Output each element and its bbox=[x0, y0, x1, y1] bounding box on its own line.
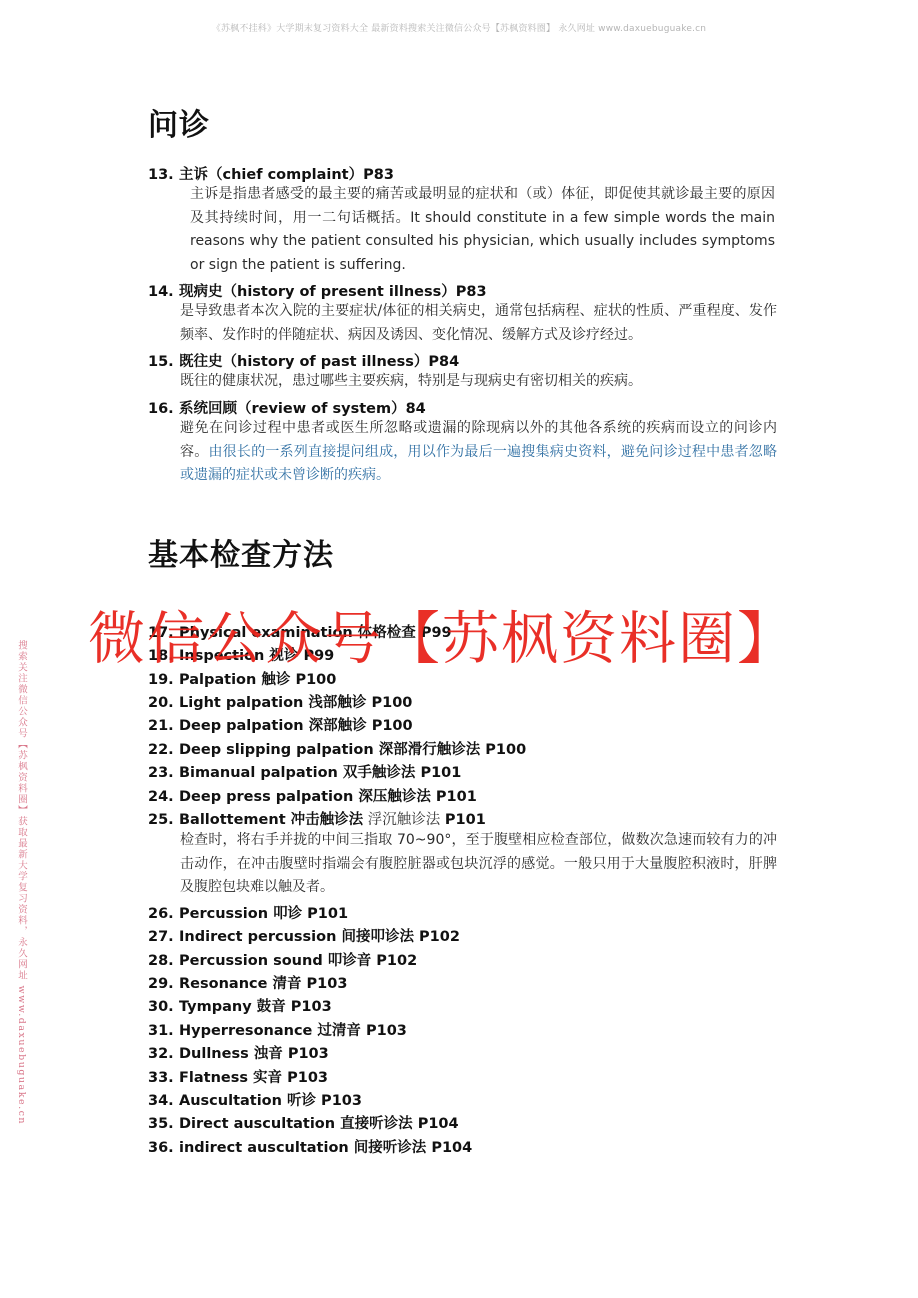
item-number: 28. bbox=[148, 953, 179, 969]
list-item-34: 34.Auscultation 听诊 P103 bbox=[148, 1089, 362, 1110]
item-title-text: Bimanual palpation 双手触诊法 P101 bbox=[179, 765, 461, 781]
item-number: 22. bbox=[148, 742, 179, 758]
item-alt-term: 浮沉触诊法 bbox=[363, 812, 445, 828]
list-item-17: 17.Physical examination 体格检查 P99 bbox=[148, 621, 452, 642]
item-number: 24. bbox=[148, 789, 179, 805]
list-item-24: 24.Deep press palpation 深压触诊法 P101 bbox=[148, 785, 477, 806]
item-title-text: indirect auscultation 间接听诊法 P104 bbox=[179, 1140, 472, 1156]
list-item-35: 35.Direct auscultation 直接听诊法 P104 bbox=[148, 1112, 459, 1133]
item-title-text: Percussion sound 叩诊音 P102 bbox=[179, 953, 417, 969]
list-item-30: 30.Tympany 鼓音 P103 bbox=[148, 995, 332, 1016]
list-item-16-title: 16.系统回顾（review of system）84 bbox=[148, 397, 426, 418]
list-item-18: 18.Inspection 视诊 P99 bbox=[148, 644, 334, 665]
item-title-text: Light palpation 浅部触诊 P100 bbox=[179, 695, 412, 711]
item-title-text: Hyperresonance 过清音 P103 bbox=[179, 1023, 407, 1039]
list-item-15-title: 15.既往史（history of past illness）P84 bbox=[148, 350, 459, 371]
list-item-20: 20.Light palpation 浅部触诊 P100 bbox=[148, 691, 412, 712]
list-item-32: 32.Dullness 浊音 P103 bbox=[148, 1042, 329, 1063]
item-title-text: Indirect percussion 间接叩诊法 P102 bbox=[179, 929, 460, 945]
item-title-text: Flatness 实音 P103 bbox=[179, 1070, 328, 1086]
item-number: 27. bbox=[148, 929, 179, 945]
item-title-text: Auscultation 听诊 P103 bbox=[179, 1093, 362, 1109]
item-title-text: Inspection 视诊 P99 bbox=[179, 648, 334, 664]
item-number: 16. bbox=[148, 401, 179, 417]
item-number: 17. bbox=[148, 625, 179, 641]
item-number: 15. bbox=[148, 354, 179, 370]
list-item-13-title: 13.主诉（chief complaint）P83 bbox=[148, 163, 394, 184]
list-item-29: 29.Resonance 清音 P103 bbox=[148, 972, 347, 993]
list-item-31: 31.Hyperresonance 过清音 P103 bbox=[148, 1019, 407, 1040]
item-title-text: Resonance 清音 P103 bbox=[179, 976, 347, 992]
item-number: 25. bbox=[148, 812, 179, 828]
item-page-ref: P101 bbox=[445, 812, 486, 828]
item-number: 18. bbox=[148, 648, 179, 664]
list-item-21: 21.Deep palpation 深部触诊 P100 bbox=[148, 714, 413, 735]
list-item-26: 26.Percussion 叩诊 P101 bbox=[148, 902, 348, 923]
item-title-text: Physical examination 体格检查 P99 bbox=[179, 625, 452, 641]
item-number: 36. bbox=[148, 1140, 179, 1156]
list-item-14-title: 14.现病史（history of present illness）P83 bbox=[148, 280, 487, 301]
item-title-text: 系统回顾（review of system）84 bbox=[179, 401, 426, 417]
section-heading-inquiry: 问诊 bbox=[148, 100, 210, 144]
item-number: 26. bbox=[148, 906, 179, 922]
item-number: 19. bbox=[148, 672, 179, 688]
list-item-16-body: 避免在问诊过程中患者或医生所忽略或遗漏的除现病以外的其他各系统的疾病而设立的问诊… bbox=[180, 417, 777, 488]
item-title-text: Direct auscultation 直接听诊法 P104 bbox=[179, 1116, 459, 1132]
item-title-text: Percussion 叩诊 P101 bbox=[179, 906, 348, 922]
section-heading-basic-exam-methods: 基本检查方法 bbox=[148, 530, 334, 574]
list-item-23: 23.Bimanual palpation 双手触诊法 P101 bbox=[148, 761, 461, 782]
item-title-text: Dullness 浊音 P103 bbox=[179, 1046, 329, 1062]
item-number: 35. bbox=[148, 1116, 179, 1132]
item-number: 34. bbox=[148, 1093, 179, 1109]
item-number: 21. bbox=[148, 718, 179, 734]
list-item-19: 19.Palpation 触诊 P100 bbox=[148, 668, 336, 689]
item-number: 30. bbox=[148, 999, 179, 1015]
list-item-15-body: 既往的健康状况，患过哪些主要疾病，特别是与现病史有密切相关的疾病。 bbox=[180, 370, 777, 394]
item-title-text: 既往史（history of past illness）P84 bbox=[179, 354, 459, 370]
item-number: 14. bbox=[148, 284, 179, 300]
list-item-36: 36.indirect auscultation 间接听诊法 P104 bbox=[148, 1136, 472, 1157]
item-number: 32. bbox=[148, 1046, 179, 1062]
item-title-text: Ballottement 冲击触诊法 bbox=[179, 812, 363, 828]
item-title-text: Tympany 鼓音 P103 bbox=[179, 999, 332, 1015]
highlighted-text: 由很长的一系列直接提问组成，用以作为最后一遍搜集病史资料，避免问诊过程中患者忽略… bbox=[180, 444, 777, 484]
side-watermark: 搜索关注微信公众号【苏枫资料圈】获取最新大学复习资料，永久网址 www.daxu… bbox=[16, 640, 28, 1125]
item-number: 20. bbox=[148, 695, 179, 711]
item-number: 31. bbox=[148, 1023, 179, 1039]
item-number: 13. bbox=[148, 167, 179, 183]
item-number: 33. bbox=[148, 1070, 179, 1086]
list-item-13-body: 主诉是指患者感受的最主要的痛苦或最明显的症状和（或）体征，即促使其就诊最主要的原… bbox=[190, 183, 775, 277]
header-watermark: 《苏枫不挂科》大学期末复习资料大全 最新资料搜索关注微信公众号【苏枫资料圈】 永… bbox=[0, 21, 918, 34]
item-title-text: Deep slipping palpation 深部滑行触诊法 P100 bbox=[179, 742, 526, 758]
list-item-25: 25.Ballottement 冲击触诊法 浮沉触诊法 P101 bbox=[148, 808, 486, 829]
item-title-text: Palpation 触诊 P100 bbox=[179, 672, 336, 688]
item-title-text: Deep press palpation 深压触诊法 P101 bbox=[179, 789, 477, 805]
list-item-33: 33.Flatness 实音 P103 bbox=[148, 1066, 328, 1087]
list-item-27: 27.Indirect percussion 间接叩诊法 P102 bbox=[148, 925, 460, 946]
list-item-14-body: 是导致患者本次入院的主要症状/体征的相关病史，通常包括病程、症状的性质、严重程度… bbox=[180, 300, 777, 347]
list-item-28: 28.Percussion sound 叩诊音 P102 bbox=[148, 949, 417, 970]
item-title-text: 现病史（history of present illness）P83 bbox=[179, 284, 487, 300]
item-number: 29. bbox=[148, 976, 179, 992]
item-title-text: 主诉（chief complaint）P83 bbox=[179, 167, 394, 183]
item-number: 23. bbox=[148, 765, 179, 781]
item-title-text: Deep palpation 深部触诊 P100 bbox=[179, 718, 413, 734]
list-item-25-body: 检查时，将右手并拢的中间三指取 70~90°，至于腹壁相应检查部位，做数次急速而… bbox=[180, 829, 777, 900]
list-item-22: 22.Deep slipping palpation 深部滑行触诊法 P100 bbox=[148, 738, 526, 759]
